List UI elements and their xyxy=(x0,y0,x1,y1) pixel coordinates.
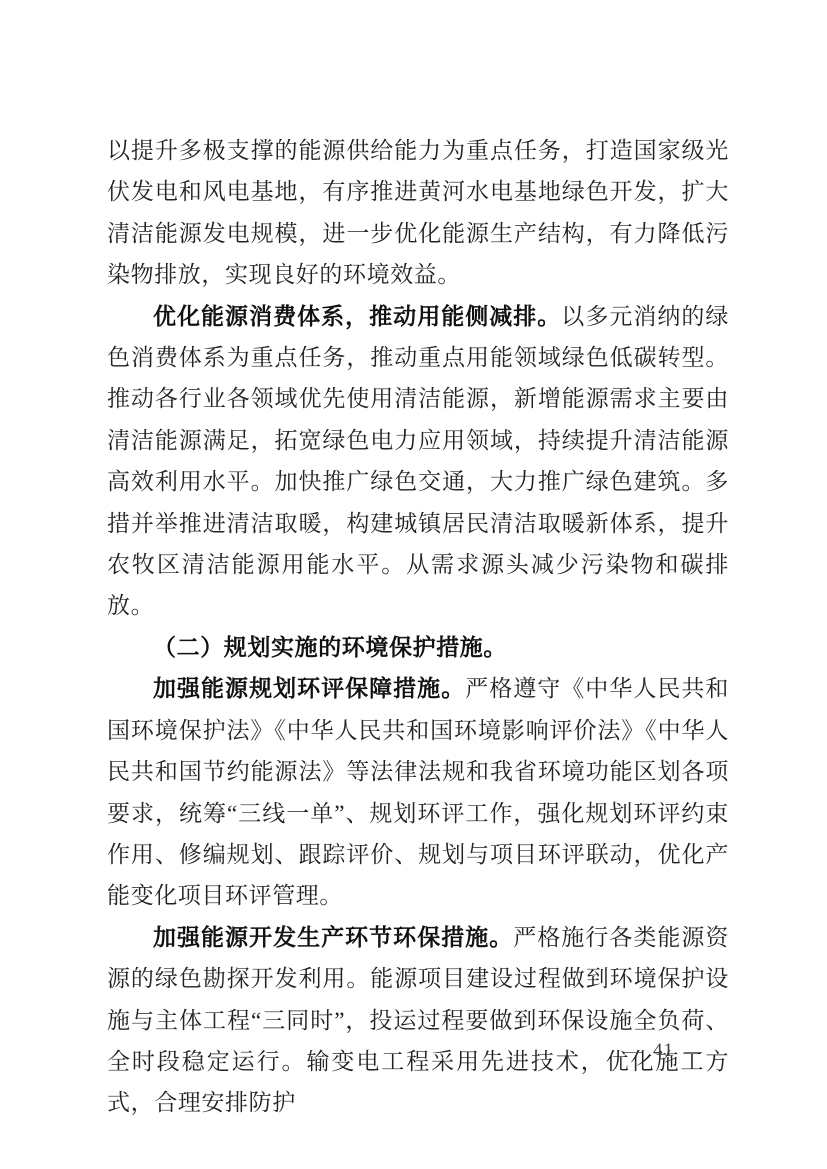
document-body: 以提升多极支撑的能源供给能力为重点任务，打造国家级光伏发电和风电基地，有序推进黄… xyxy=(107,130,729,1124)
footer-dash-right: — xyxy=(684,1041,703,1062)
paragraph-text: 严格遵守《中华人民共和国环境保护法》《中华人民共和国环境影响评价法》《中华人民共… xyxy=(107,676,729,908)
paragraph: 以提升多极支撑的能源供给能力为重点任务，打造国家级光伏发电和风电基地，有序推进黄… xyxy=(107,130,729,296)
paragraph: 加强能源规划环评保障措施。严格遵守《中华人民共和国环境保护法》《中华人民共和国环… xyxy=(107,668,729,916)
paragraph-text: 以提升多极支撑的能源供给能力为重点任务，打造国家级光伏发电和风电基地，有序推进黄… xyxy=(107,138,729,287)
paragraph-text: 以多元消纳的绿色消费体系为重点任务，推动重点用能领域绿色低碳转型。推动各行业各领… xyxy=(107,304,729,619)
page-number: 41 xyxy=(653,1040,674,1062)
paragraph: （二）规划实施的环境保护措施。 xyxy=(107,627,729,668)
paragraph-lead: 加强能源规划环评保障措施。 xyxy=(153,676,465,701)
paragraph-text: 严格施行各类能源资源的绿色勘探开发利用。能源项目建设过程做到环境保护设施与主体工… xyxy=(107,925,729,1116)
paragraph-lead: 优化能源消费体系，推动用能侧减排。 xyxy=(153,304,561,329)
paragraph-lead: 加强能源开发生产环节环保措施。 xyxy=(153,925,513,950)
document-page: 以提升多极支撑的能源供给能力为重点任务，打造国家级光伏发电和风电基地，有序推进黄… xyxy=(0,0,827,1169)
paragraph: 优化能源消费体系，推动用能侧减排。以多元消纳的绿色消费体系为重点任务，推动重点用… xyxy=(107,296,729,627)
paragraph-lead: （二）规划实施的环境保护措施。 xyxy=(153,635,507,660)
paragraph: 加强能源开发生产环节环保措施。严格施行各类能源资源的绿色勘探开发利用。能源项目建… xyxy=(107,917,729,1124)
footer-dash-left: — xyxy=(624,1041,643,1062)
page-footer: — 41 — xyxy=(624,1040,703,1062)
